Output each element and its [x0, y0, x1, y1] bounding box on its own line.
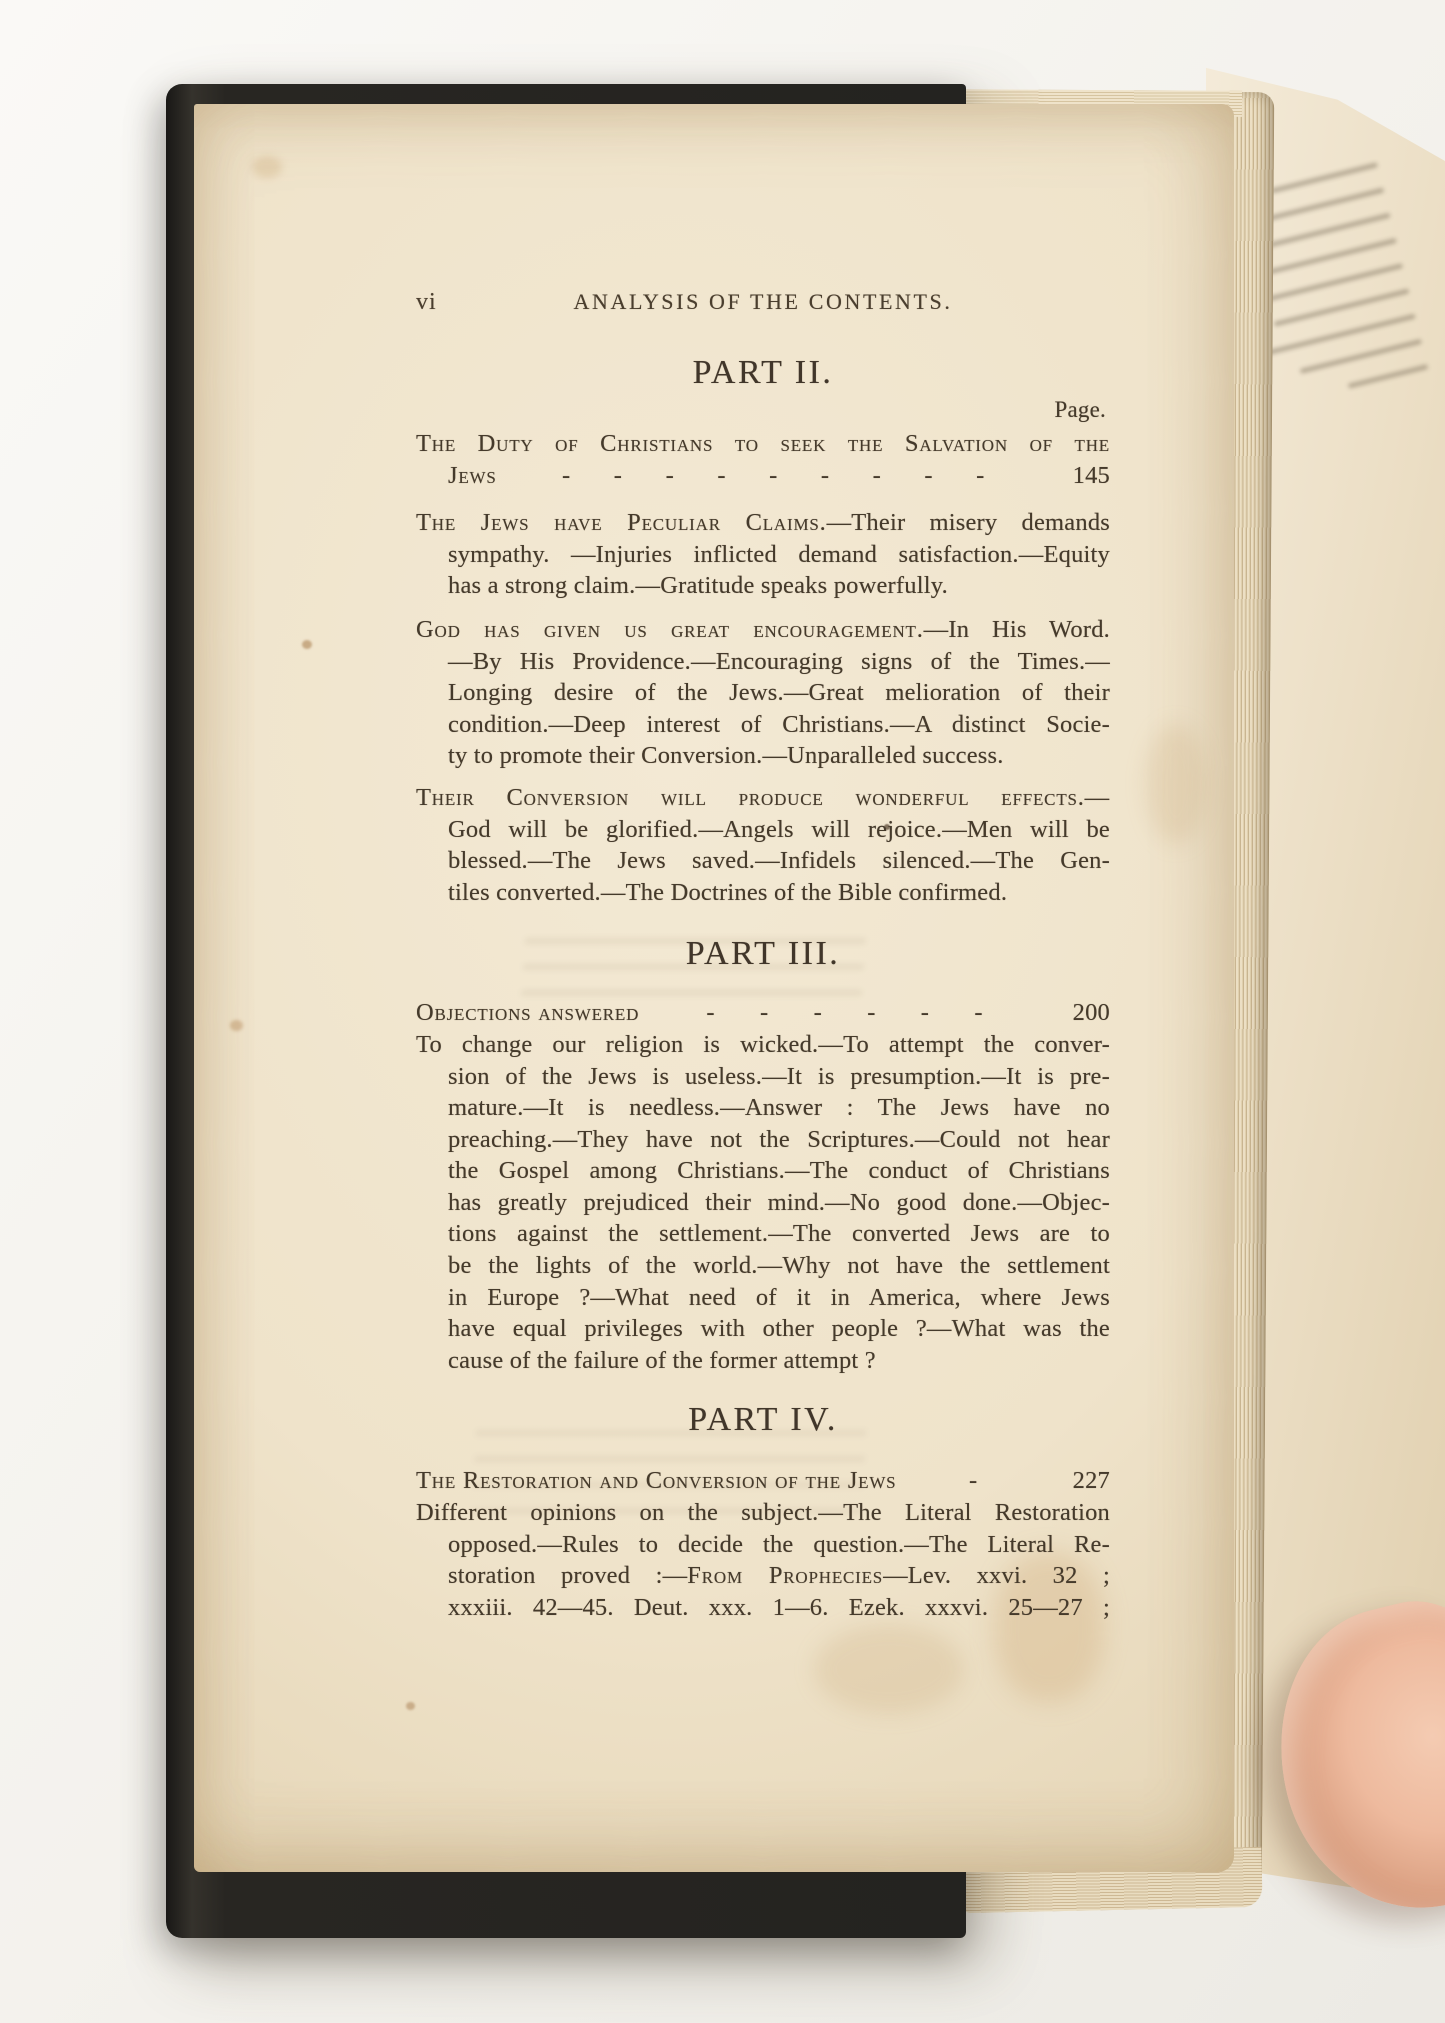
foxing-stain: [1146, 724, 1206, 844]
toc-entry-title: The Restoration and Conversion of the Je…: [416, 1465, 896, 1497]
toc-line: mature.—It is needless.—Answer : The Jew…: [416, 1092, 1110, 1124]
page-ref: 145: [1054, 460, 1110, 492]
toc-entry: Objections answered------200To change ou…: [416, 997, 1110, 1376]
toc-line: storation proved :—From Prophecies—Lev. …: [416, 1560, 1110, 1592]
page-ref: 200: [1054, 997, 1110, 1029]
toc-entry: The Restoration and Conversion of the Je…: [416, 1465, 1110, 1623]
part-heading: PART II.: [416, 352, 1110, 394]
toc-line: in Europe ?—What need of it in America, …: [416, 1282, 1110, 1314]
toc-line: Longing desire of the Jews.—Great melior…: [416, 677, 1110, 709]
toc-entry: God has given us great encouragement.—In…: [416, 614, 1110, 772]
blurred-text-line: [1270, 162, 1378, 194]
part-heading: PART IV.: [416, 1399, 1110, 1441]
leader-dashes: -: [896, 1465, 1054, 1497]
toc-line: sympathy. —Injuries inflicted demand sat…: [416, 539, 1110, 571]
toc-line: —By His Providence.—Encouraging signs of…: [416, 646, 1110, 678]
toc-line: tions against the settlement.—The conver…: [416, 1218, 1110, 1250]
toc-line: condition.—Deep interest of Christians.—…: [416, 709, 1110, 741]
blurred-text-line: [1348, 364, 1429, 389]
toc-entry: The Duty of Christians to seek the Salva…: [416, 428, 1110, 491]
toc-line: the Gospel among Christians.—The conduct…: [416, 1155, 1110, 1187]
toc-line: Jews---------145: [416, 460, 1110, 492]
toc-line: Objections answered------200: [416, 997, 1110, 1029]
toc-line: has greatly prejudiced their mind.—No go…: [416, 1187, 1110, 1219]
page-ref: 227: [1054, 1465, 1110, 1497]
folio-number: vi: [416, 287, 437, 319]
toc-entry: Their Conversion will produce wonderful …: [416, 782, 1110, 908]
book-photograph: vi ANALYSIS OF THE CONTENTS. PART II.Pag…: [0, 0, 1445, 2023]
table-of-contents: vi ANALYSIS OF THE CONTENTS. PART II.Pag…: [416, 286, 1110, 1623]
running-header: ANALYSIS OF THE CONTENTS.: [574, 289, 953, 314]
toc-line: The Restoration and Conversion of the Je…: [416, 1465, 1110, 1497]
toc-entry-title: Objections answered: [416, 997, 639, 1029]
foxing-spot: [252, 156, 282, 178]
toc-line: have equal privileges with other people …: [416, 1313, 1110, 1345]
foxing-spot: [230, 1020, 243, 1031]
toc-line: opposed.—Rules to decide the question.—T…: [416, 1529, 1110, 1561]
foxing-spot: [406, 1702, 415, 1710]
leader-dashes: ---------: [497, 460, 1054, 492]
toc-line: tiles converted.—The Doctrines of the Bi…: [416, 877, 1110, 909]
toc-line: xxxiii. 42—45. Deut. xxx. 1—6. Ezek. xxx…: [416, 1592, 1110, 1624]
leader-dashes: ------: [639, 997, 1054, 1029]
toc-line: God will be glorified.—Angels will rejoi…: [416, 814, 1110, 846]
toc-line: Their Conversion will produce wonderful …: [416, 782, 1110, 814]
toc-line: To change our religion is wicked.—To att…: [416, 1029, 1110, 1061]
toc-line: ty to promote their Conversion.—Unparall…: [416, 740, 1110, 772]
toc-line: has a strong claim.—Gratitude speaks pow…: [416, 570, 1110, 602]
page-column-label: Page.: [416, 394, 1110, 426]
toc-line: cause of the failure of the former attem…: [416, 1345, 1110, 1377]
toc-line: blessed.—The Jews saved.—Infidels silenc…: [416, 845, 1110, 877]
toc-entry-title: Jews: [448, 460, 497, 492]
foxing-spot: [302, 640, 312, 649]
page-header: vi ANALYSIS OF THE CONTENTS.: [416, 286, 1110, 318]
toc-line: be the lights of the world.—Why not have…: [416, 1250, 1110, 1282]
toc-line: Different opinions on the subject.—The L…: [416, 1497, 1110, 1529]
toc-entry: The Jews have Peculiar Claims.—Their mis…: [416, 507, 1110, 602]
toc-line: The Duty of Christians to seek the Salva…: [416, 428, 1110, 460]
toc-line: God has given us great encouragement.—In…: [416, 614, 1110, 646]
toc-line: The Jews have Peculiar Claims.—Their mis…: [416, 507, 1110, 539]
part-heading: PART III.: [416, 933, 1110, 975]
foxing-stain: [814, 1624, 964, 1714]
blurred-text-line: [1300, 339, 1422, 374]
toc-line: preaching.—They have not the Scriptures.…: [416, 1124, 1110, 1156]
toc-body: PART II.Page.The Duty of Christians to s…: [416, 352, 1110, 1623]
toc-line: sion of the Jews is useless.—It is presu…: [416, 1061, 1110, 1093]
